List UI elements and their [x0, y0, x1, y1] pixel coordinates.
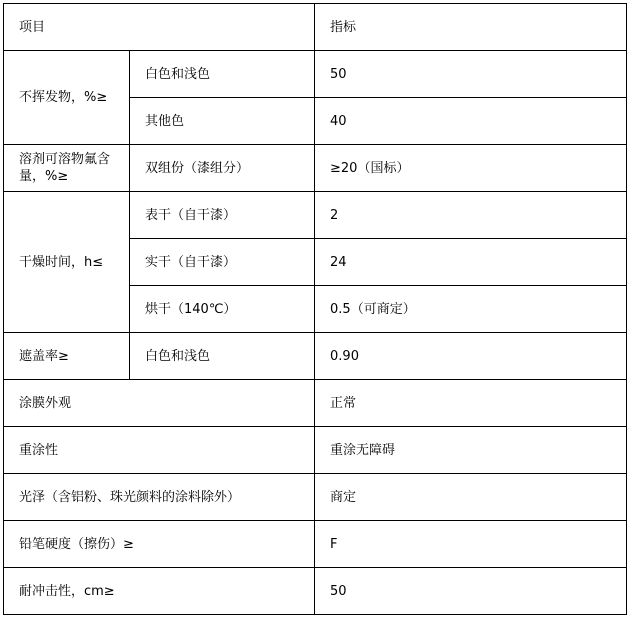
item-label: 重涂性 — [4, 427, 315, 474]
sub-label: 白色和浅色 — [130, 333, 315, 380]
header-indicator: 指标 — [315, 4, 627, 51]
value-cell: 0.5（可商定） — [315, 286, 627, 333]
sub-label: 白色和浅色 — [130, 51, 315, 98]
table-header-row: 项目 指标 — [4, 4, 627, 51]
table-row: 耐冲击性，cm≥ 50 — [4, 568, 627, 615]
value-cell: 重涂无障碍 — [315, 427, 627, 474]
table-row: 不挥发物，%≥ 白色和浅色 50 — [4, 51, 627, 98]
value-cell: 2 — [315, 192, 627, 239]
sub-label: 双组份（漆组分） — [130, 145, 315, 192]
value-cell: ≥20（国标） — [315, 145, 627, 192]
table-row: 重涂性 重涂无障碍 — [4, 427, 627, 474]
item-label: 铅笔硬度（擦伤）≥ — [4, 521, 315, 568]
sub-label: 实干（自干漆） — [130, 239, 315, 286]
table-row: 涂膜外观 正常 — [4, 380, 627, 427]
table-row: 光泽（含铝粉、珠光颜料的涂料除外） 商定 — [4, 474, 627, 521]
value-cell: 24 — [315, 239, 627, 286]
table-row: 铅笔硬度（擦伤）≥ F — [4, 521, 627, 568]
value-cell: 0.90 — [315, 333, 627, 380]
table-row: 溶剂可溶物氟含量，%≥ 双组份（漆组分） ≥20（国标） — [4, 145, 627, 192]
spec-table: 项目 指标 不挥发物，%≥ 白色和浅色 50 其他色 40 溶剂可溶物氟含量，%… — [3, 3, 627, 615]
item-label: 涂膜外观 — [4, 380, 315, 427]
group-label: 不挥发物，%≥ — [4, 51, 130, 145]
group-label: 干燥时间，h≤ — [4, 192, 130, 333]
group-label: 溶剂可溶物氟含量，%≥ — [4, 145, 130, 192]
value-cell: 商定 — [315, 474, 627, 521]
value-cell: F — [315, 521, 627, 568]
sub-label: 其他色 — [130, 98, 315, 145]
table-row: 遮盖率≥ 白色和浅色 0.90 — [4, 333, 627, 380]
item-label: 耐冲击性，cm≥ — [4, 568, 315, 615]
value-cell: 50 — [315, 568, 627, 615]
value-cell: 40 — [315, 98, 627, 145]
group-label: 遮盖率≥ — [4, 333, 130, 380]
header-item: 项目 — [4, 4, 315, 51]
table-row: 干燥时间，h≤ 表干（自干漆） 2 — [4, 192, 627, 239]
item-label: 光泽（含铝粉、珠光颜料的涂料除外） — [4, 474, 315, 521]
sub-label: 表干（自干漆） — [130, 192, 315, 239]
sub-label: 烘干（140℃） — [130, 286, 315, 333]
value-cell: 50 — [315, 51, 627, 98]
value-cell: 正常 — [315, 380, 627, 427]
